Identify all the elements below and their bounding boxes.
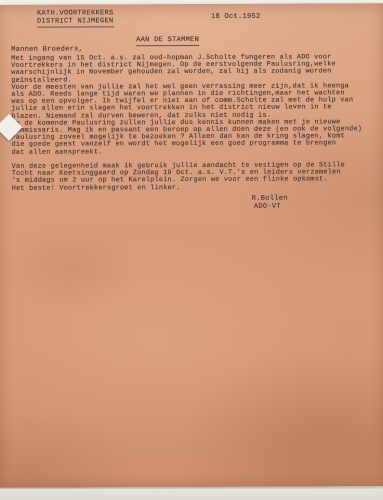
addressee-line: AAN DE STAMMEN — [136, 36, 199, 46]
photo-bottom-edge — [0, 489, 383, 500]
salutation: Mannen Broeders, — [11, 45, 83, 53]
body-line: Het beste! Voortrekkersgroet en linker. — [12, 184, 363, 193]
scanned-letter-photo: KATH.VOORTREKKERS DISTRICT NIJMEGEN 18 O… — [0, 0, 383, 500]
signature-name: R.Bollen — [252, 195, 288, 203]
letter-date: 18 Oct.1952 — [211, 13, 261, 21]
letter-body: Met ingang van 15 Oct. a.s. zal oud-hopm… — [11, 54, 362, 192]
org-name-line2: DISTRICT NIJMEGEN — [37, 17, 114, 27]
letter-paper: KATH.VOORTREKKERS DISTRICT NIJMEGEN 18 O… — [0, 3, 383, 488]
signature-role: ADO-VT — [254, 203, 281, 211]
